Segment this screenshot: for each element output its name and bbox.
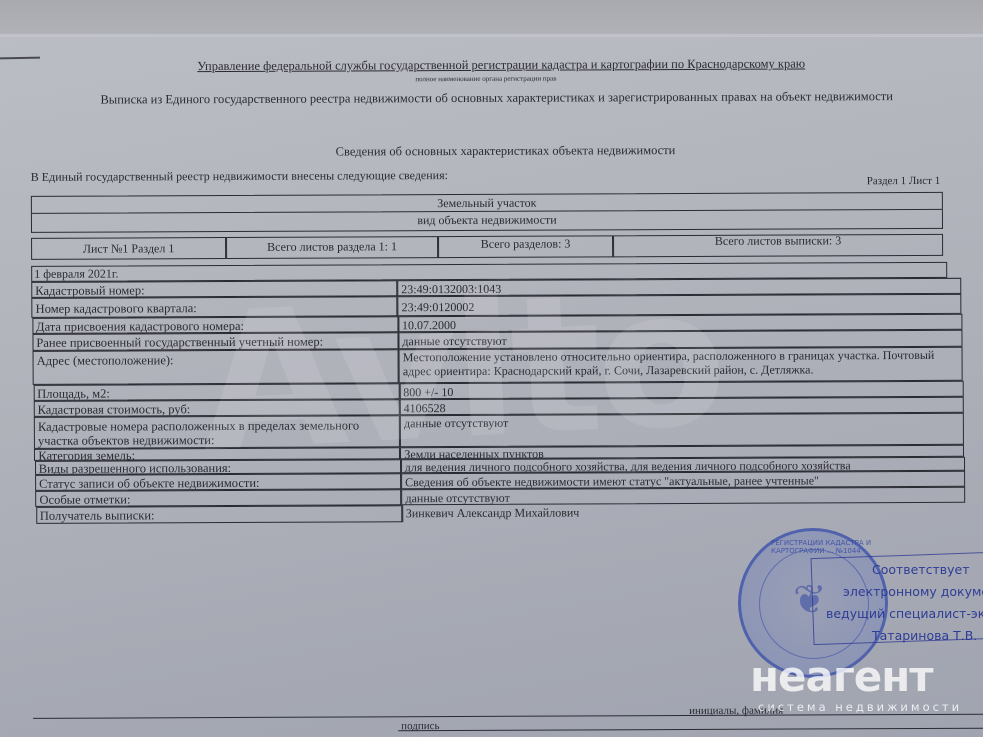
agency-caption: полное наименование органа регистрации п…: [415, 75, 556, 84]
field-label: Получатель выписки:: [36, 505, 402, 524]
agency-name: Управление федеральной службы государств…: [197, 56, 805, 74]
signature-line-top: [33, 714, 983, 719]
intro-text: В Единый государственный реестр недвижим…: [31, 168, 448, 185]
extract-date-value: 1 февраля 2021г.: [34, 266, 118, 280]
extract-title: Выписка из Единого государственного реес…: [100, 89, 893, 107]
section-reference: Раздел 1 Лист 1: [867, 175, 940, 187]
object-type-caption: вид объекта недвижимости: [31, 210, 943, 233]
section-title: Сведения об основных характеристиках объ…: [336, 143, 676, 159]
seal-ring-text: РЕГИСТРАЦИИ КАДАСТРА И КАРТОГРАФИИ ... №…: [771, 539, 885, 555]
neagent-watermark-subtitle: система недвижимости: [758, 700, 962, 714]
stamp-line-2: электронному докуме: [843, 584, 983, 599]
avito-watermark: Avito: [195, 247, 726, 495]
field-value: Зинкевич Александр Михайлович: [402, 503, 966, 522]
object-type-caption-text: вид объекта недвижимости: [417, 213, 556, 228]
stamp-line-3: ведущий специалист-эк: [826, 606, 983, 621]
signature-line-bottom: [398, 728, 983, 732]
stamp-line-1: Соответствует: [872, 562, 970, 577]
stamp-line-4: Татаринова Т.В.: [872, 628, 977, 643]
neagent-watermark: неагент: [750, 652, 933, 701]
sheets-in-section: Всего листов раздела 1: 1: [226, 236, 438, 259]
sheet-number: Лист №1 Раздел 1: [31, 237, 226, 260]
signature-caption: подпись: [401, 720, 439, 732]
sheet-info-row: Лист №1 Раздел 1 Всего листов раздела 1:…: [31, 234, 943, 260]
table-row: Получатель выписки:Зинкевич Александр Ми…: [36, 503, 966, 524]
object-type-value: Земельный участок: [437, 196, 536, 210]
